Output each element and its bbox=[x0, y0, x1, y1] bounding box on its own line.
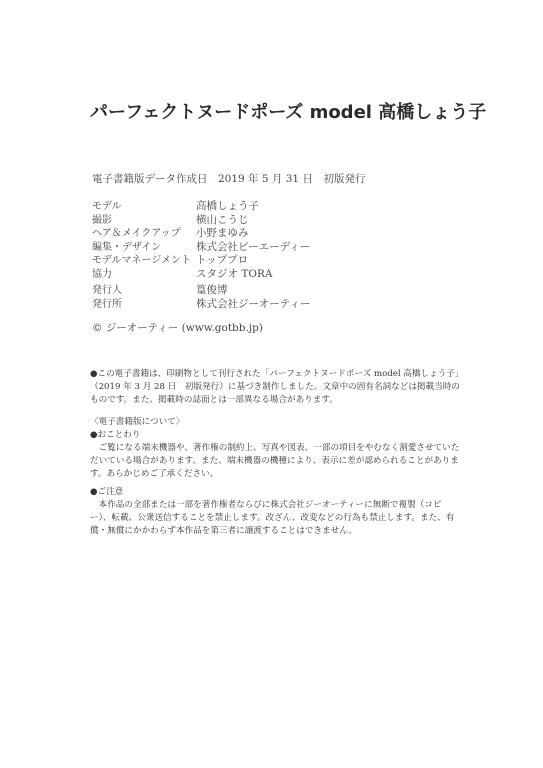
colophon-page: パーフェクトヌードポーズ model 高橋しょう子 電子書籍版データ作成日 20… bbox=[0, 0, 543, 768]
publisher-name: 株式会社ジーオーティー bbox=[196, 298, 310, 312]
caution-heading: ●ご注意 bbox=[90, 486, 460, 499]
copyright-line: © ジーオーティー (www.gotbb.jp) bbox=[92, 320, 263, 335]
publisher-info: 発行人 篁俊博 発行所 株式会社ジーオーティー bbox=[92, 284, 310, 311]
disclaimer-heading: ●おことわり bbox=[90, 429, 460, 442]
edition-line: 電子書籍版データ作成日 2019 年 5 月 31 日 初版発行 bbox=[92, 171, 365, 186]
credit-role: 撮影 bbox=[92, 214, 196, 228]
publisher-role: 発行人 bbox=[92, 284, 196, 298]
intro-text: ●この電子書籍は、印刷物として刊行された「パーフェクトヌードポーズ model … bbox=[90, 368, 460, 407]
credits-list: モデル 高橋しょう子 撮影 横山こうじ ヘア＆メイクアップ 小野まゆみ 編集・デ… bbox=[92, 200, 310, 281]
credit-name: スタジオ TORA bbox=[196, 268, 272, 282]
credit-row-photographer: 撮影 横山こうじ bbox=[92, 214, 310, 228]
credit-row-editing-design: 編集・デザイン 株式会社ビーエーディー bbox=[92, 241, 310, 255]
credit-row-model: モデル 高橋しょう子 bbox=[92, 200, 310, 214]
print-origin-notice: ●この電子書籍は、印刷物として刊行された「パーフェクトヌードポーズ model … bbox=[90, 368, 460, 407]
caution-notice: ●ご注意 本作品の全部または一部を著作権者ならびに株式会社ジーオーティーに無断で… bbox=[90, 486, 460, 538]
credit-name: 横山こうじ bbox=[196, 214, 249, 228]
ebook-notice: 〈電子書籍版について〉 ●おことわり ご覧になる端末機器や、著作権の制約上、写真… bbox=[90, 416, 460, 481]
credit-name: 小野まゆみ bbox=[196, 227, 249, 241]
credit-row-hair-makeup: ヘア＆メイクアップ 小野まゆみ bbox=[92, 227, 310, 241]
credit-role: 協力 bbox=[92, 268, 196, 282]
publisher-name: 篁俊博 bbox=[196, 284, 228, 298]
publisher-row-office: 発行所 株式会社ジーオーティー bbox=[92, 298, 310, 312]
publisher-row-publisher: 発行人 篁俊博 bbox=[92, 284, 310, 298]
book-title: パーフェクトヌードポーズ model 高橋しょう子 bbox=[90, 98, 486, 124]
credit-role: 編集・デザイン bbox=[92, 241, 196, 255]
credit-row-cooperation: 協力 スタジオ TORA bbox=[92, 268, 310, 282]
publisher-role: 発行所 bbox=[92, 298, 196, 312]
credit-row-management: モデルマネージメント トッププロ bbox=[92, 254, 310, 268]
credit-role: モデル bbox=[92, 200, 196, 214]
ebook-heading: 〈電子書籍版について〉 bbox=[90, 416, 460, 429]
credit-role: ヘア＆メイクアップ bbox=[92, 227, 196, 241]
credit-name: 株式会社ビーエーディー bbox=[196, 241, 310, 255]
credit-role: モデルマネージメント bbox=[92, 254, 196, 268]
disclaimer-body: ご覧になる端末機器や、著作権の制約上、写真や図表、一部の項目をやむなく割愛させて… bbox=[90, 442, 460, 481]
credit-name: トッププロ bbox=[196, 254, 248, 268]
caution-body: 本作品の全部または一部を著作権者ならびに株式会社ジーオーティーに無断で複製（コピ… bbox=[90, 499, 460, 538]
credit-name: 高橋しょう子 bbox=[196, 200, 259, 214]
